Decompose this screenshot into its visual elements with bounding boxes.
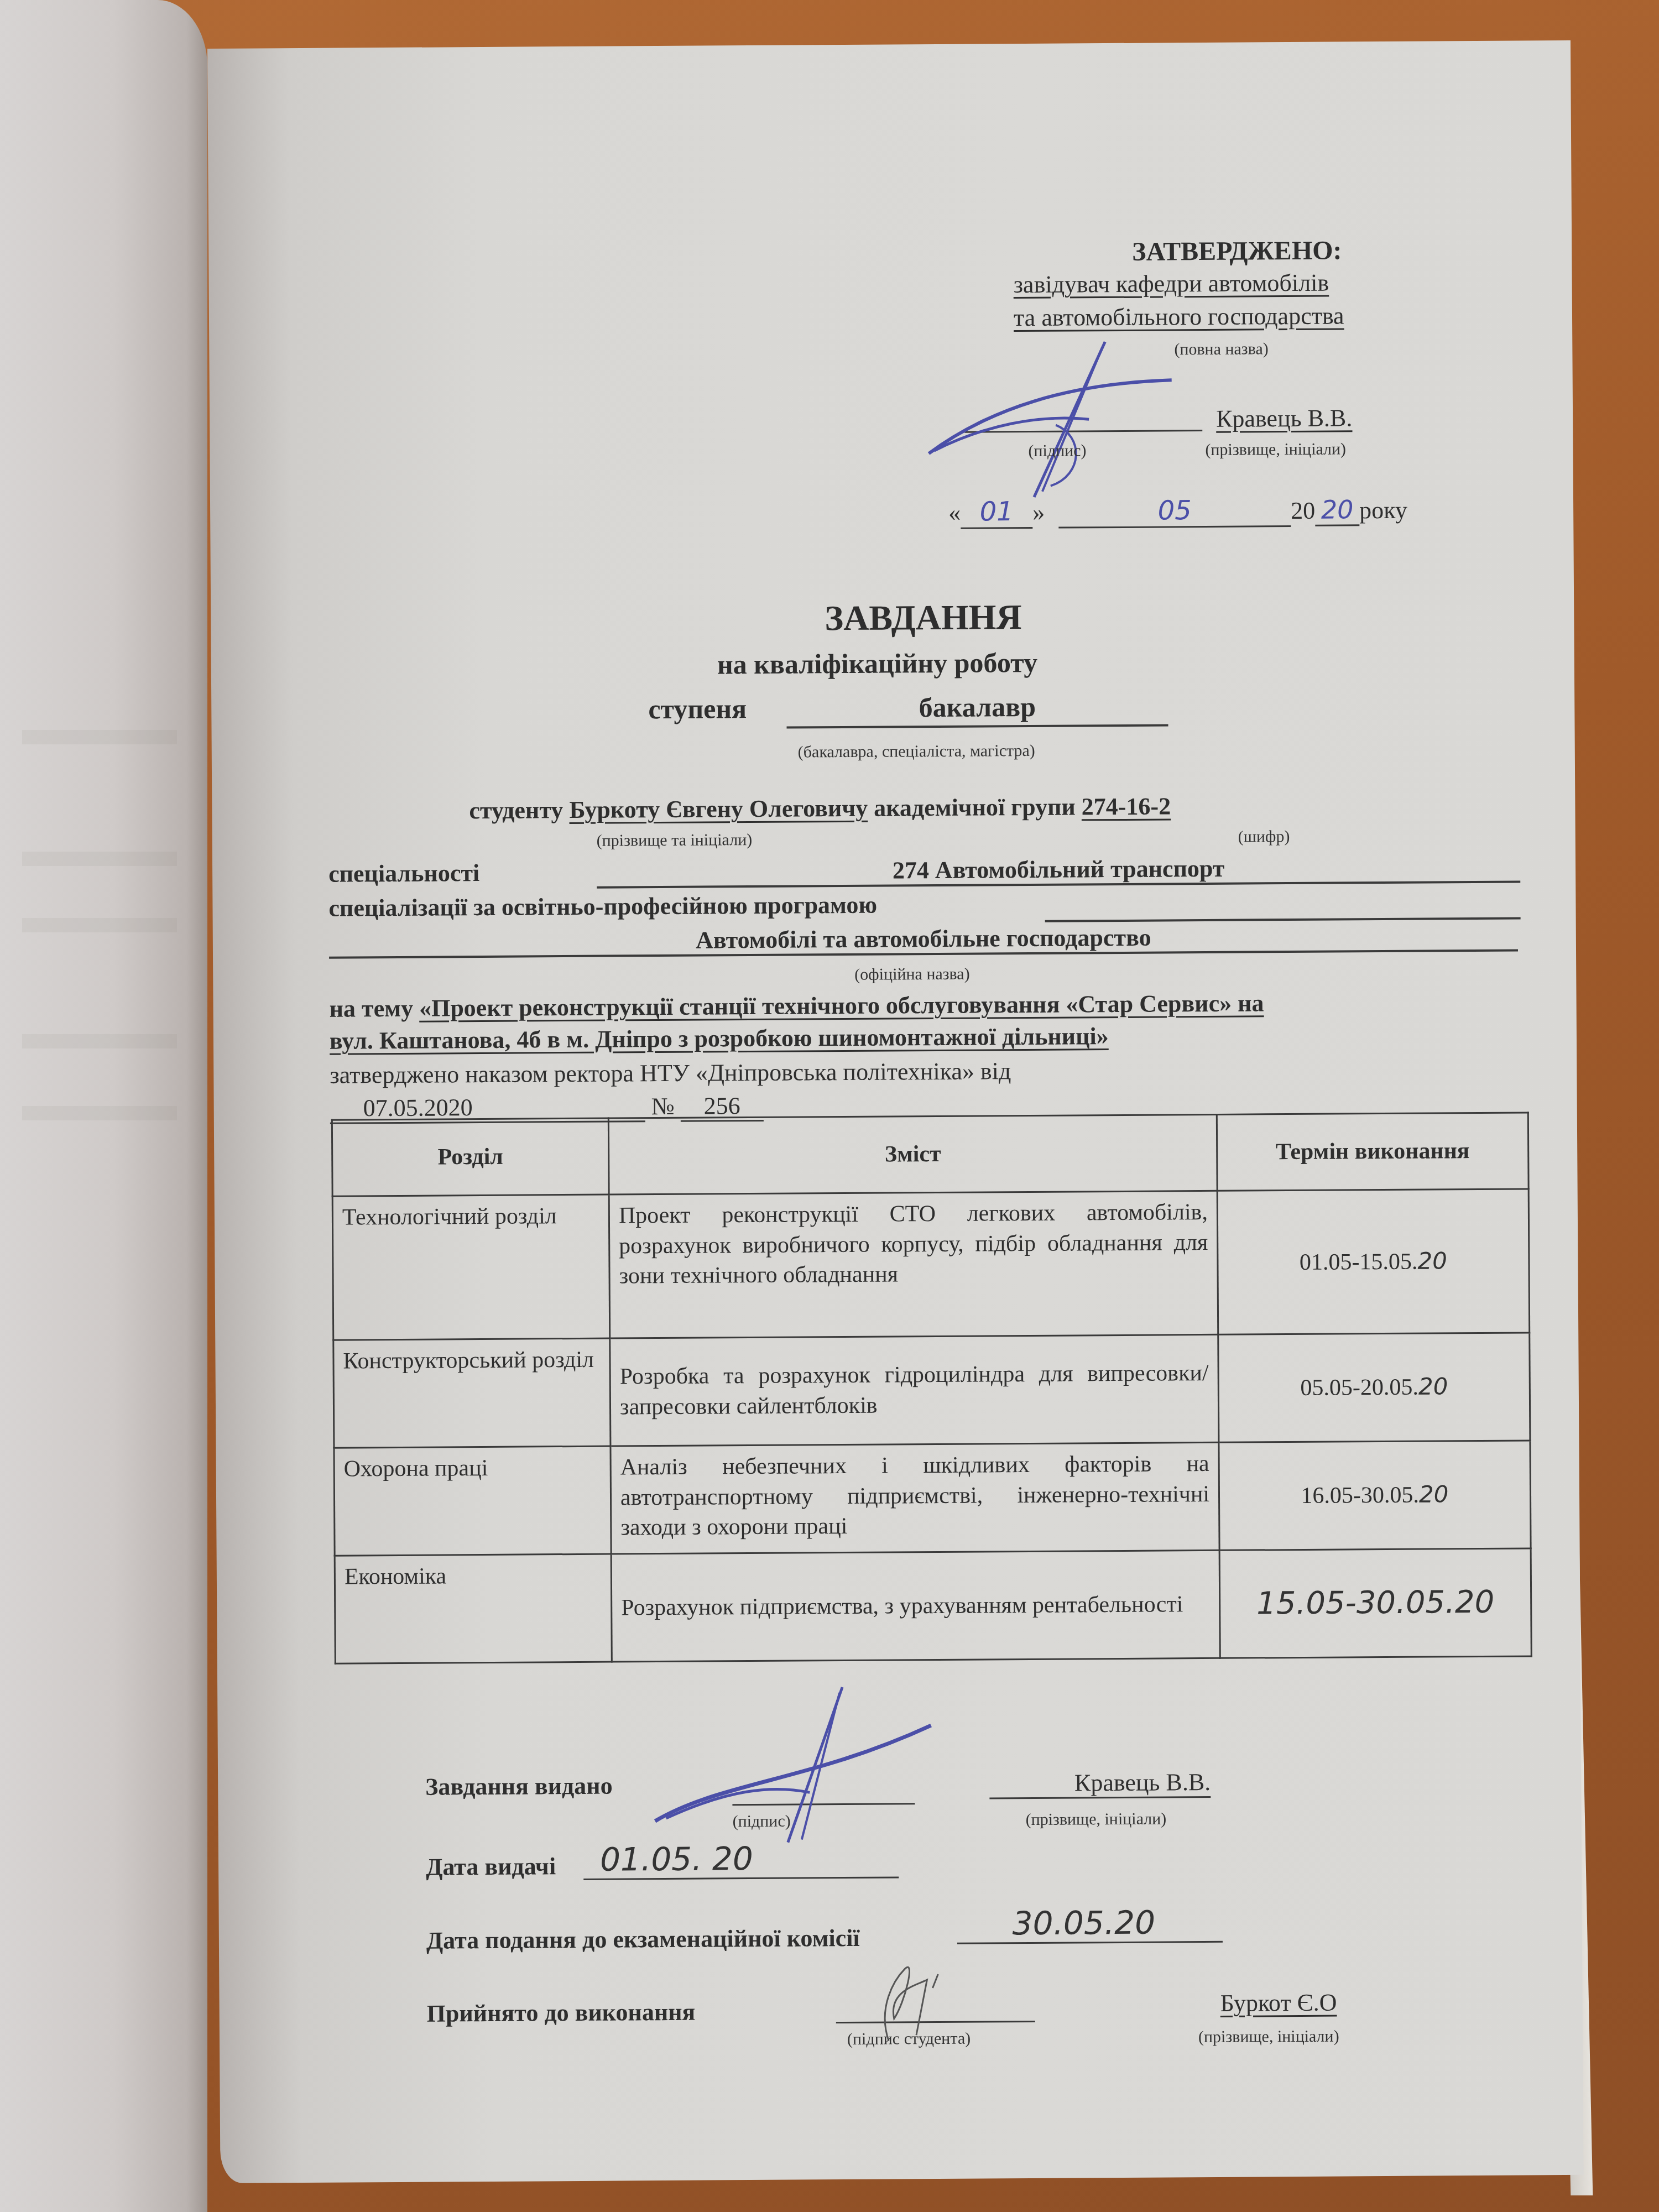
date-year-prefix: 20 xyxy=(1291,497,1315,524)
document-page: ЗАТВЕРДЖЕНО: завідувач кафедри автомобіл… xyxy=(207,40,1584,2183)
quote-open: « xyxy=(948,499,961,526)
row-term: 16.05-30.05.20 xyxy=(1219,1441,1531,1550)
degree-label: ступеня xyxy=(648,692,747,725)
date-day: 01 xyxy=(979,496,1013,527)
topic-text-line1: «Проект реконструкції станції технічного… xyxy=(419,989,1264,1021)
row-term: 15.05-30.05.20 xyxy=(1219,1548,1531,1658)
name-caption: (прізвище, ініціали) xyxy=(1205,440,1346,460)
row-section: Конструкторський розділ xyxy=(333,1338,611,1448)
specialization-value: Автомобілі та автомобільне господарство xyxy=(329,921,1518,959)
term-printed: 05.05-20.05. xyxy=(1300,1375,1418,1401)
issued-label: Завдання видано xyxy=(425,1772,613,1801)
term-handwritten: 20 xyxy=(1419,1481,1449,1508)
table-row: Охорона праці Аналіз небезпечних і шкідл… xyxy=(334,1441,1531,1556)
left-book-page xyxy=(0,0,207,2212)
table-row: Економіка Розрахунок підприємства, з ура… xyxy=(335,1548,1531,1663)
document-subtitle: на кваліфікаційну роботу xyxy=(717,646,1038,681)
approver-position-line2: та автомобільного господарства xyxy=(1014,301,1344,332)
document-title: ЗАВДАННЯ xyxy=(825,597,1022,639)
issue-date-label: Дата видачі xyxy=(426,1852,556,1881)
group-caption: (шифр) xyxy=(1238,827,1290,847)
specialization-label: спеціалізації за освітньо-професійною пр… xyxy=(328,891,877,922)
header-content: Зміст xyxy=(608,1114,1217,1194)
group-code: 274-16-2 xyxy=(1082,792,1171,820)
bleed-through-text xyxy=(22,1034,177,1048)
row-section: Технологічний розділ xyxy=(332,1194,610,1340)
order-number-label: № xyxy=(651,1093,675,1120)
term-handwritten: 20 xyxy=(1418,1373,1448,1400)
table-header-row: Розділ Зміст Термін виконання xyxy=(332,1113,1528,1196)
issuer-name-caption: (прізвище, ініціали) xyxy=(1025,1809,1166,1829)
header-section: Розділ xyxy=(332,1118,609,1196)
approval-date: «01» 052020року xyxy=(948,494,1407,529)
row-content: Розробка та розрахунок гідроциліндра для… xyxy=(610,1334,1219,1446)
table-row: Технологічний розділ Проект реконструкці… xyxy=(332,1189,1530,1340)
student-name-caption: (прізвище та ініціали) xyxy=(597,831,753,851)
issue-date-value: 01.05. 20 xyxy=(600,1840,753,1879)
header-term: Термін виконання xyxy=(1217,1113,1528,1191)
signature-caption: (підпис) xyxy=(1028,441,1086,461)
row-content: Проект реконструкції СТО легкових автомо… xyxy=(609,1191,1218,1338)
topic-line1: на тему «Проект реконструкції станції те… xyxy=(329,989,1264,1022)
bleed-through-text xyxy=(22,852,177,866)
row-term: 01.05-15.05.20 xyxy=(1217,1189,1530,1334)
student-name: Буркот Є.О xyxy=(1220,1989,1337,2017)
date-year-suffix: 20 xyxy=(1321,494,1354,524)
bleed-through-text xyxy=(22,730,177,744)
term-handwritten: 20 xyxy=(1417,1247,1447,1274)
row-content: Аналіз небезпечних і шкідливих факторів … xyxy=(611,1442,1219,1554)
student-signature-caption: (підпис студента) xyxy=(847,2030,971,2049)
term-printed: 01.05-15.05. xyxy=(1300,1249,1418,1275)
issuer-name: Кравець В.В. xyxy=(989,1768,1211,1799)
table-row: Конструкторський розділ Розробка та розр… xyxy=(333,1333,1530,1448)
submission-date-field: 30.05.20 xyxy=(957,1903,1223,1944)
degree-value: бакалавр xyxy=(786,690,1168,728)
approved-heading: ЗАТВЕРДЖЕНО: xyxy=(1132,235,1342,267)
approver-name: Кравець В.В. xyxy=(1216,404,1353,433)
term-handwritten: 15.05-30.05.20 xyxy=(1256,1584,1494,1621)
specialty-label: спеціальності xyxy=(328,859,479,888)
order-text: затверджено наказом ректора НТУ «Дніпров… xyxy=(330,1057,1011,1089)
accepted-label: Прийнято до виконання xyxy=(427,1998,696,2028)
student-name: Буркоту Євгену Олеговичу xyxy=(569,795,868,823)
approver-signature xyxy=(922,330,1211,509)
row-section: Охорона праці xyxy=(334,1446,611,1556)
issuer-signature xyxy=(643,1681,943,1849)
degree-caption: (бакалавра, спеціаліста, магістра) xyxy=(798,742,1035,762)
date-year-field: 20 xyxy=(1315,494,1359,526)
student-label: студенту xyxy=(469,796,563,824)
group-label: академічної групи xyxy=(874,793,1076,821)
date-day-field: 01 xyxy=(961,496,1032,529)
term-printed: 16.05-30.05. xyxy=(1301,1483,1419,1509)
date-year-word: року xyxy=(1359,497,1407,524)
bleed-through-text xyxy=(22,918,177,932)
quote-close: » xyxy=(1032,499,1045,526)
row-term: 05.05-20.05.20 xyxy=(1218,1333,1530,1442)
issue-date-field: 01.05. 20 xyxy=(583,1839,899,1880)
approver-position-line1: завідувач кафедри автомобілів xyxy=(1013,269,1329,299)
topic-text-line2: вул. Каштанова, 4б в м. Дніпро з розробк… xyxy=(330,1022,1109,1055)
student-name-caption: (прізвище, ініціали) xyxy=(1198,2027,1339,2047)
row-content: Розрахунок підприємства, з урахуванням р… xyxy=(611,1550,1220,1662)
submission-date-value: 30.05.20 xyxy=(1013,1904,1156,1943)
issued-signature-caption: (підпис) xyxy=(732,1812,790,1832)
task-table: Розділ Зміст Термін виконання Технологіч… xyxy=(331,1112,1532,1664)
row-section: Економіка xyxy=(335,1554,612,1663)
date-month: 05 xyxy=(1157,495,1191,526)
specialization-caption: (офіційна назва) xyxy=(854,965,970,984)
specialty-value: 274 Автомобільний транспорт xyxy=(597,853,1520,889)
bleed-through-text xyxy=(22,1106,177,1120)
date-month-field: 05 xyxy=(1058,494,1291,529)
topic-label: на тему xyxy=(329,995,413,1022)
submission-label: Дата подання до екзаменаційної комісії xyxy=(426,1924,860,1955)
student-line: студенту Буркоту Євгену Олеговичу академ… xyxy=(469,792,1171,825)
